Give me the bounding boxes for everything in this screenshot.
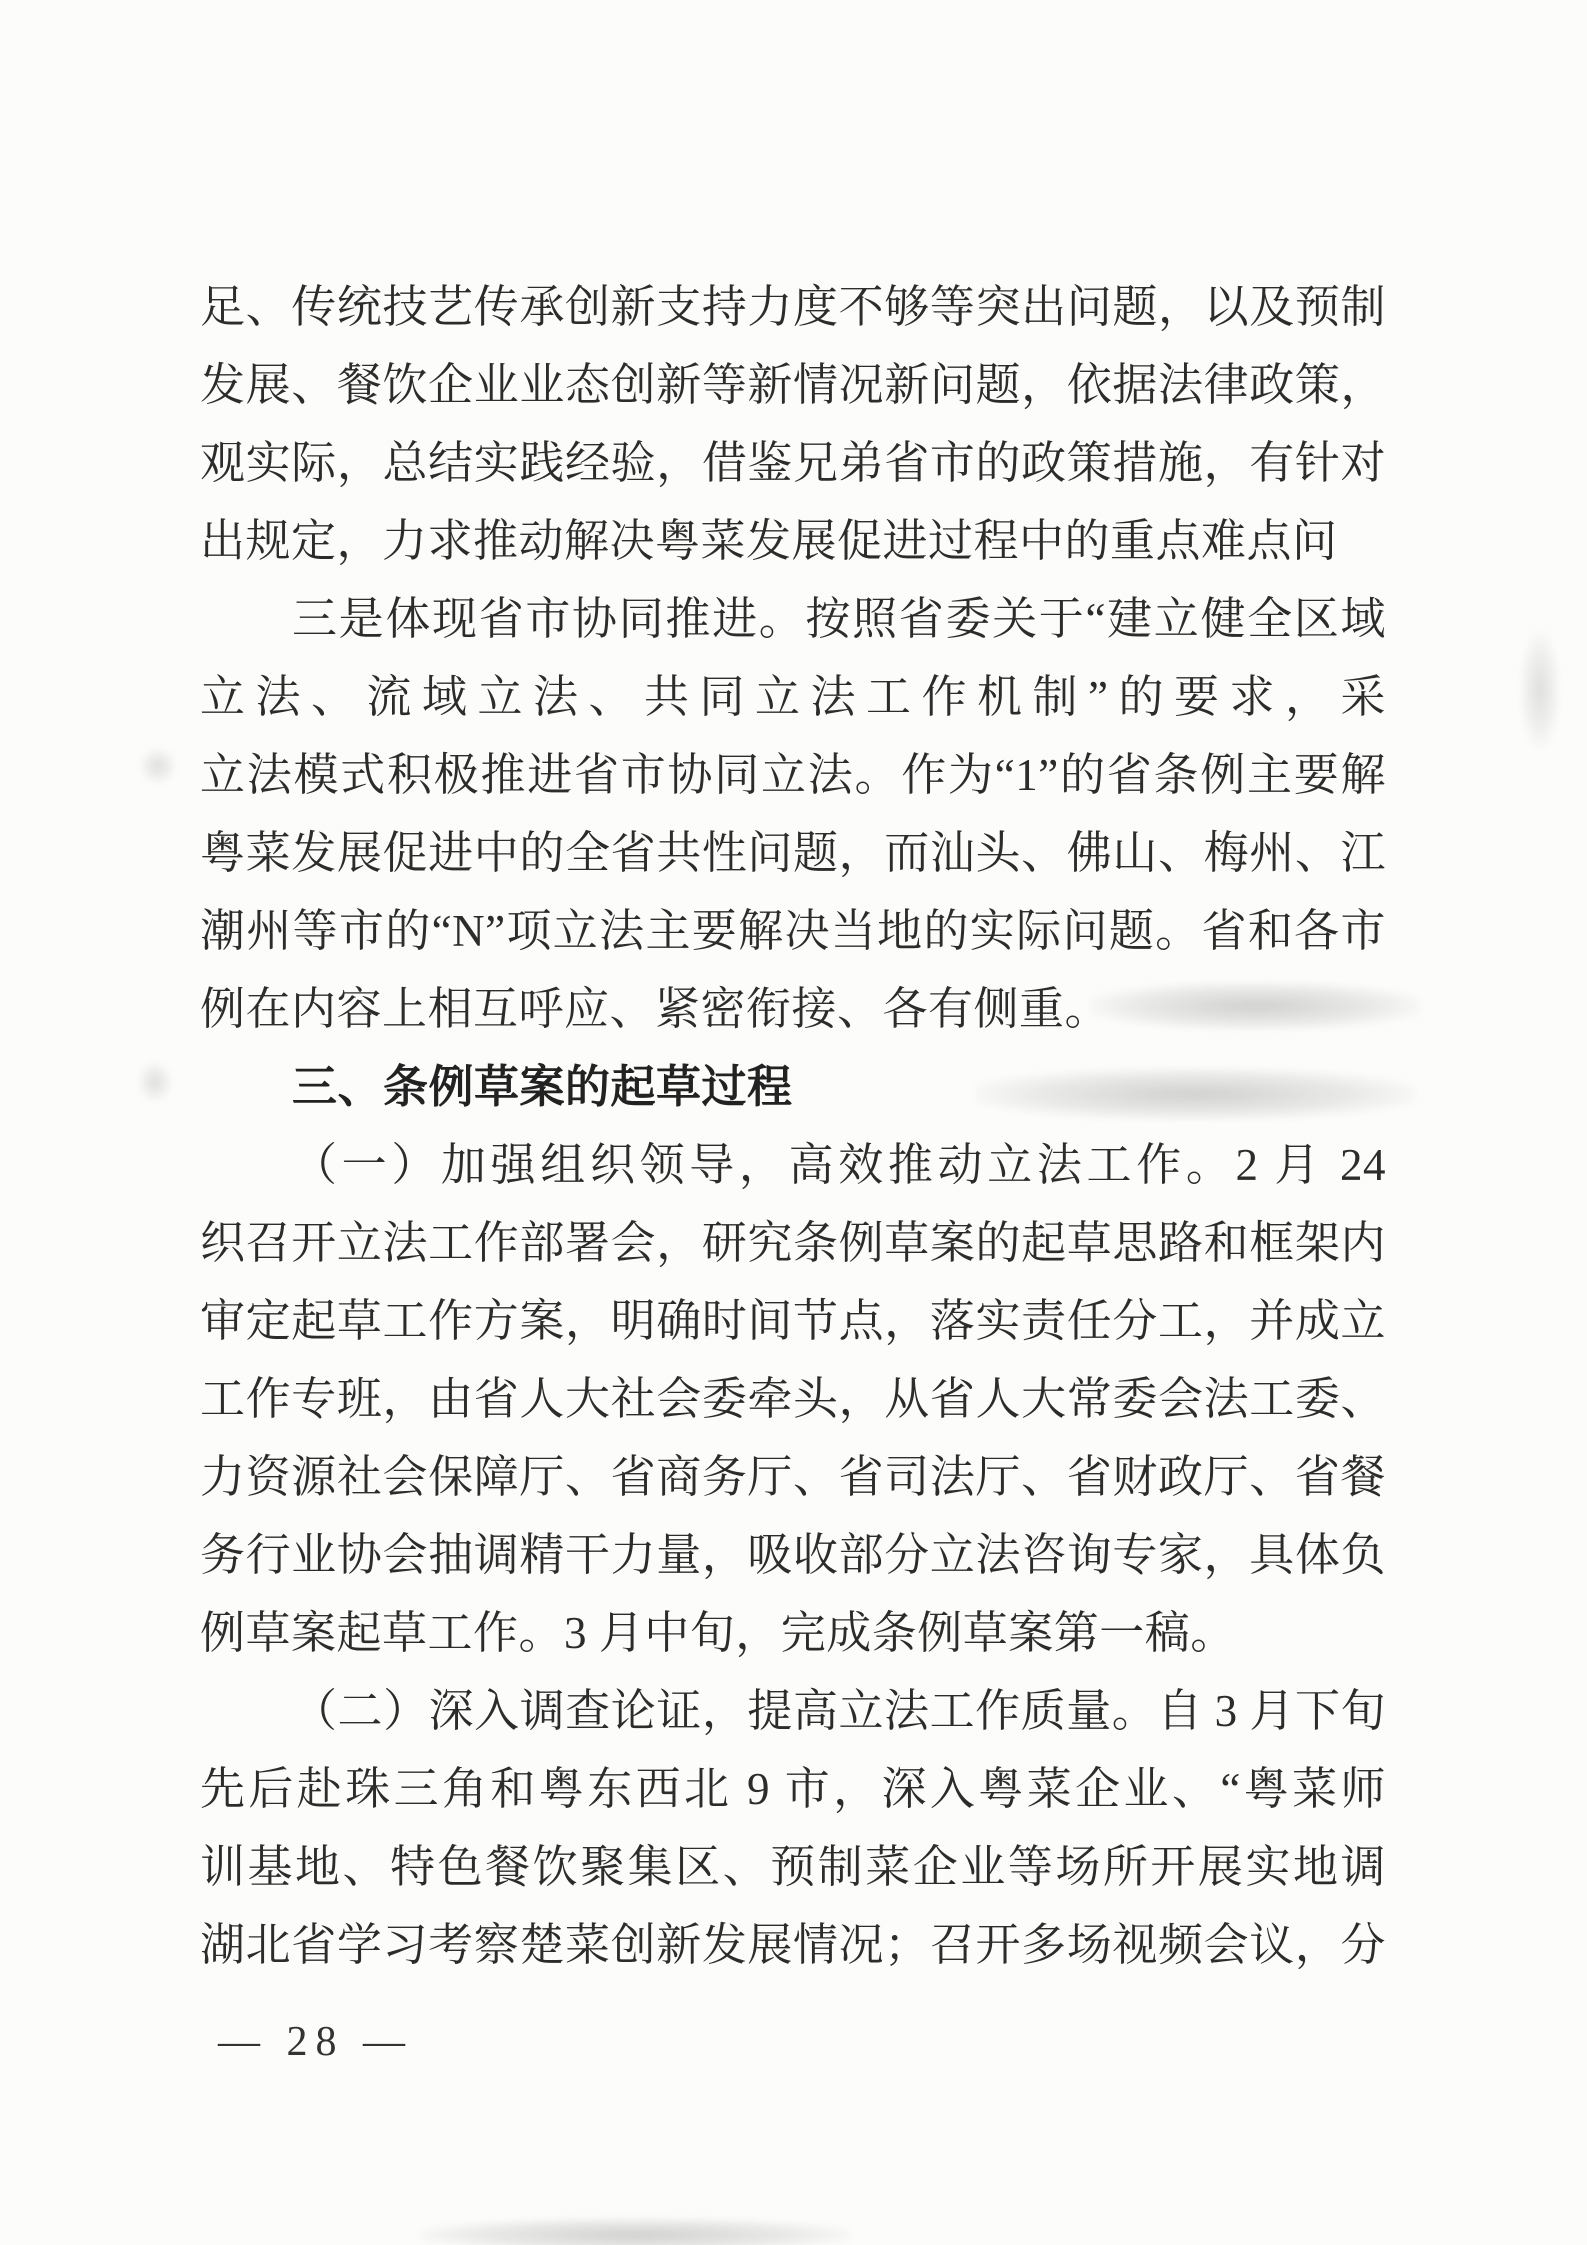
text-line: （二）深入调查论证，提高立法工作质量。自 3 月下旬开始，	[200, 1672, 1386, 1750]
text-line: 务行业协会抽调精干力量，吸收部分立法咨询专家，具体负责条	[200, 1516, 1386, 1594]
text-line: 工作专班，由省人大社会委牵头，从省人大常委会法工委、省人	[200, 1360, 1386, 1438]
scan-smudge	[138, 1062, 172, 1102]
text-line: （一）加强组织领导，高效推动立法工作。2 月 24 日，组	[200, 1126, 1386, 1204]
section-heading: 三、条例草案的起草过程	[200, 1048, 1386, 1126]
text-line: 例草案起草工作。3 月中旬，完成条例草案第一稿。	[200, 1594, 1386, 1672]
scan-smudge	[140, 748, 176, 784]
text-line: 织召开立法工作部署会，研究条例草案的起草思路和框架内容，	[200, 1204, 1386, 1282]
text-line: 粤菜发展促进中的全省共性问题，而汕头、佛山、梅州、江门、	[200, 814, 1386, 892]
text-line: 出规定，力求推动解决粤菜发展促进过程中的重点难点问题。	[200, 502, 1386, 580]
text-line: 审定起草工作方案，明确时间节点，落实责任分工，并成立起草	[200, 1282, 1386, 1360]
text-line: 足、传统技艺传承创新支持力度不够等突出问题，以及预制菜产业	[200, 268, 1386, 346]
text-line: 立法、流域立法、共同立法工作机制”的要求，采用“1+N”的	[200, 658, 1386, 736]
text-line: 例在内容上相互呼应、紧密衔接、各有侧重。	[200, 970, 1386, 1048]
scan-smudge	[420, 2218, 850, 2245]
text-line: 力资源社会保障厅、省商务厅、省司法厅、省财政厅、省餐饮服	[200, 1438, 1386, 1516]
text-line: 发展、餐饮企业业态创新等新情况新问题，依据法律政策，结合客	[200, 346, 1386, 424]
page-number: — 28 —	[218, 2018, 413, 2066]
text-line: 立法模式积极推进省市协同立法。作为“1”的省条例主要解决	[200, 736, 1386, 814]
document-text-block: 足、传统技艺传承创新支持力度不够等突出问题，以及预制菜产业发展、餐饮企业业态创新…	[200, 268, 1386, 1984]
text-line: 湖北省学习考察楚菜创新发展情况；召开多场视频会议，分别听	[200, 1906, 1386, 1984]
scan-smudge	[1520, 630, 1560, 750]
text-line: 先后赴珠三角和粤东西北 9 市，深入粤菜企业、“粤菜师傅”培	[200, 1750, 1386, 1828]
text-line: 三是体现省市协同推进。按照省委关于“建立健全区域协同	[200, 580, 1386, 658]
text-line: 训基地、特色餐饮聚集区、预制菜企业等场所开展实地调研；赴	[200, 1828, 1386, 1906]
text-line: 观实际，总结实践经验，借鉴兄弟省市的政策措施，有针对性地作	[200, 424, 1386, 502]
document-page: 足、传统技艺传承创新支持力度不够等突出问题，以及预制菜产业发展、餐饮企业业态创新…	[0, 0, 1587, 2245]
text-line: 潮州等市的“N”项立法主要解决当地的实际问题。省和各市条	[200, 892, 1386, 970]
